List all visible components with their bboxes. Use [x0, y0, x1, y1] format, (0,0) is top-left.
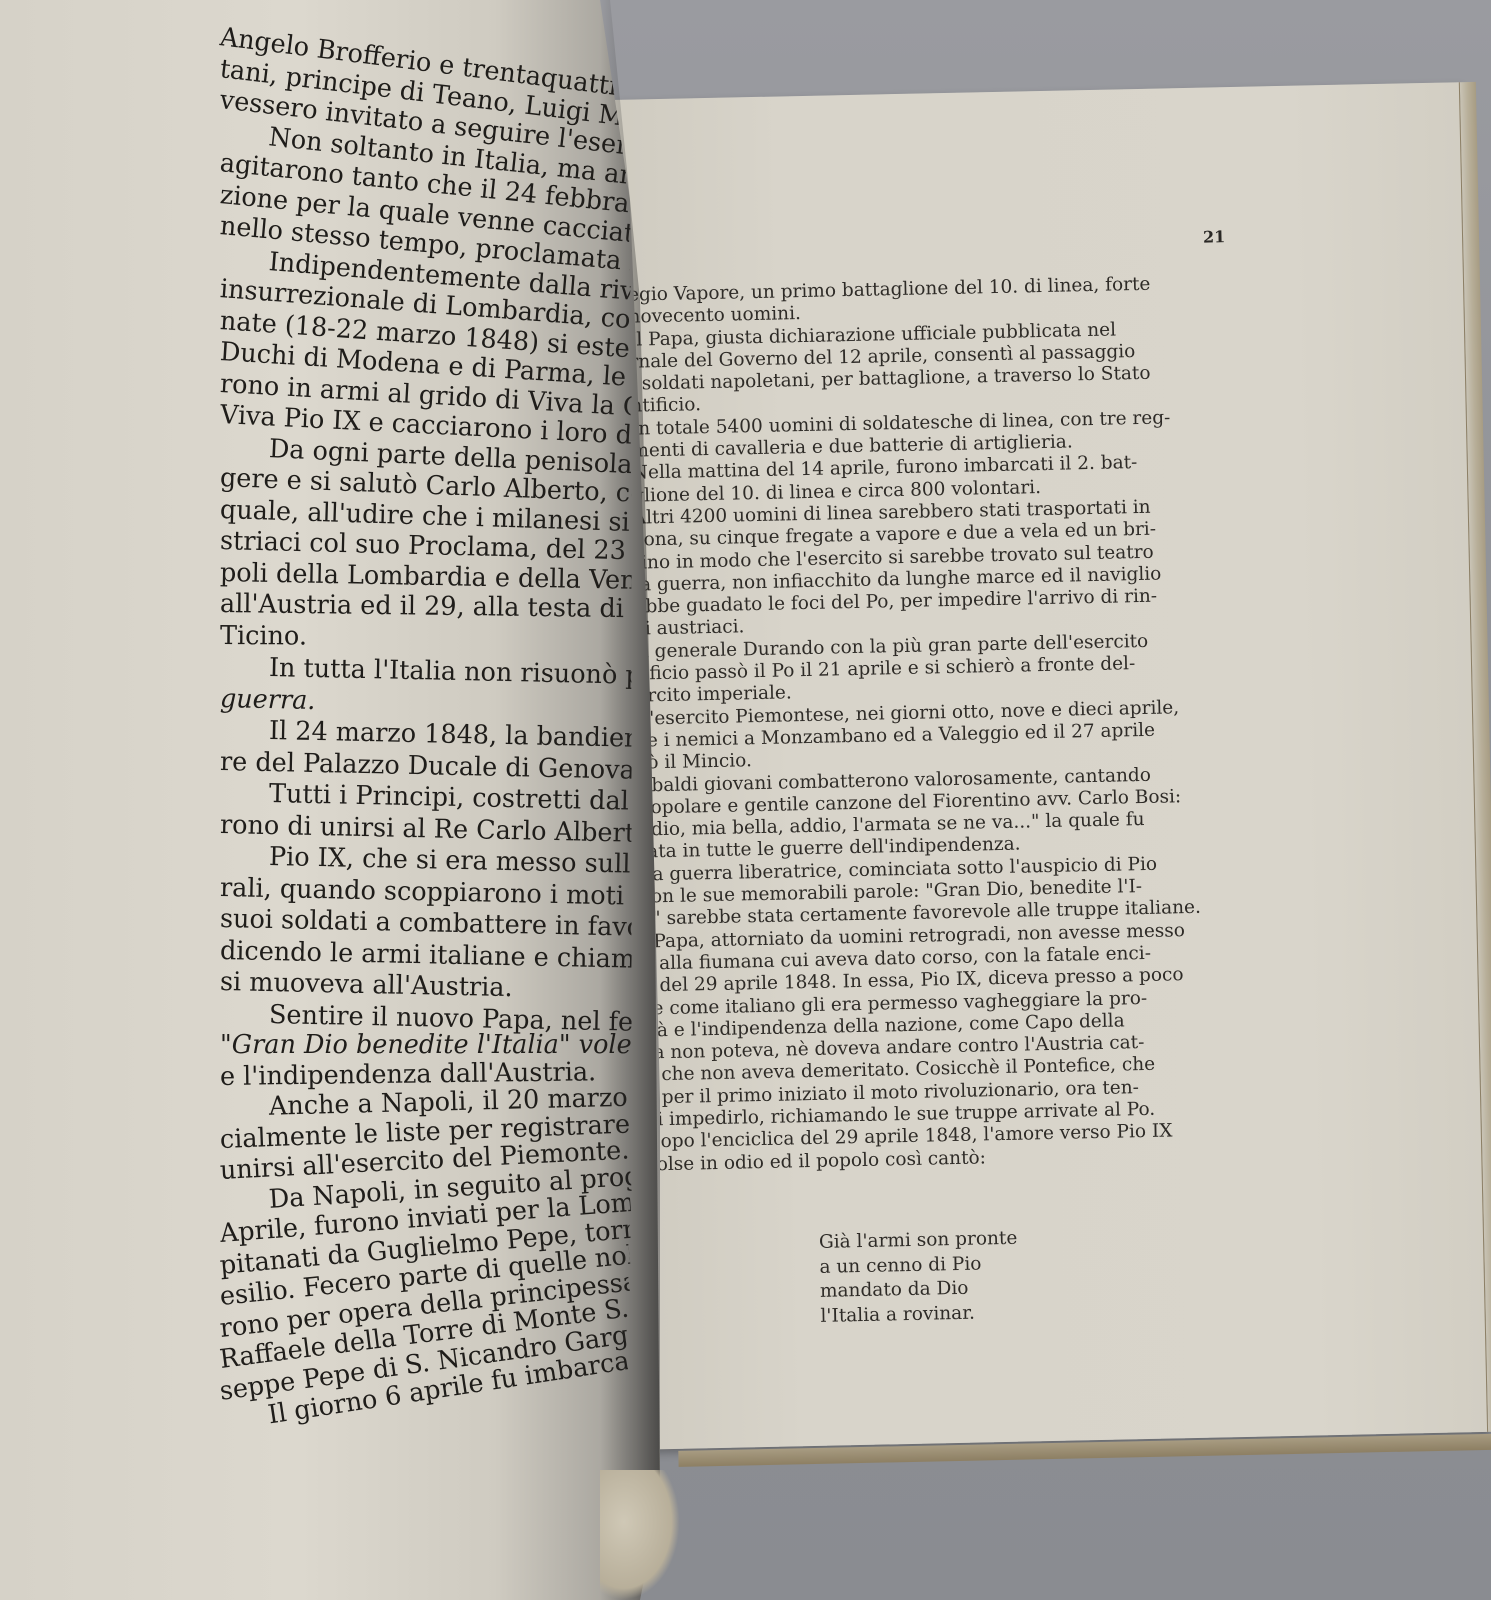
- torn-binding: [600, 1470, 680, 1600]
- poem-verse: Già l'armi son prontea un cenno di Pioma…: [819, 1227, 1019, 1329]
- text-line: all'Austria ed il 29, alla testa di soli: [220, 589, 632, 626]
- text-line: Ticino.: [220, 621, 632, 655]
- poem-line: Già l'armi son pronte: [819, 1227, 1018, 1256]
- page-number: 21: [1203, 227, 1226, 246]
- right-book-page: 21 egio Vapore, un primo battaglione del…: [610, 82, 1488, 1450]
- right-page-text: egio Vapore, un primo battaglione del 10…: [628, 272, 1267, 1177]
- left-page-text: Angelo Brofferio e trentaquattro romtani…: [220, 22, 640, 1440]
- left-book-page: Angelo Brofferio e trentaquattro romtani…: [0, 0, 660, 1600]
- poem-line: l'Italia a rovinar.: [820, 1300, 1019, 1329]
